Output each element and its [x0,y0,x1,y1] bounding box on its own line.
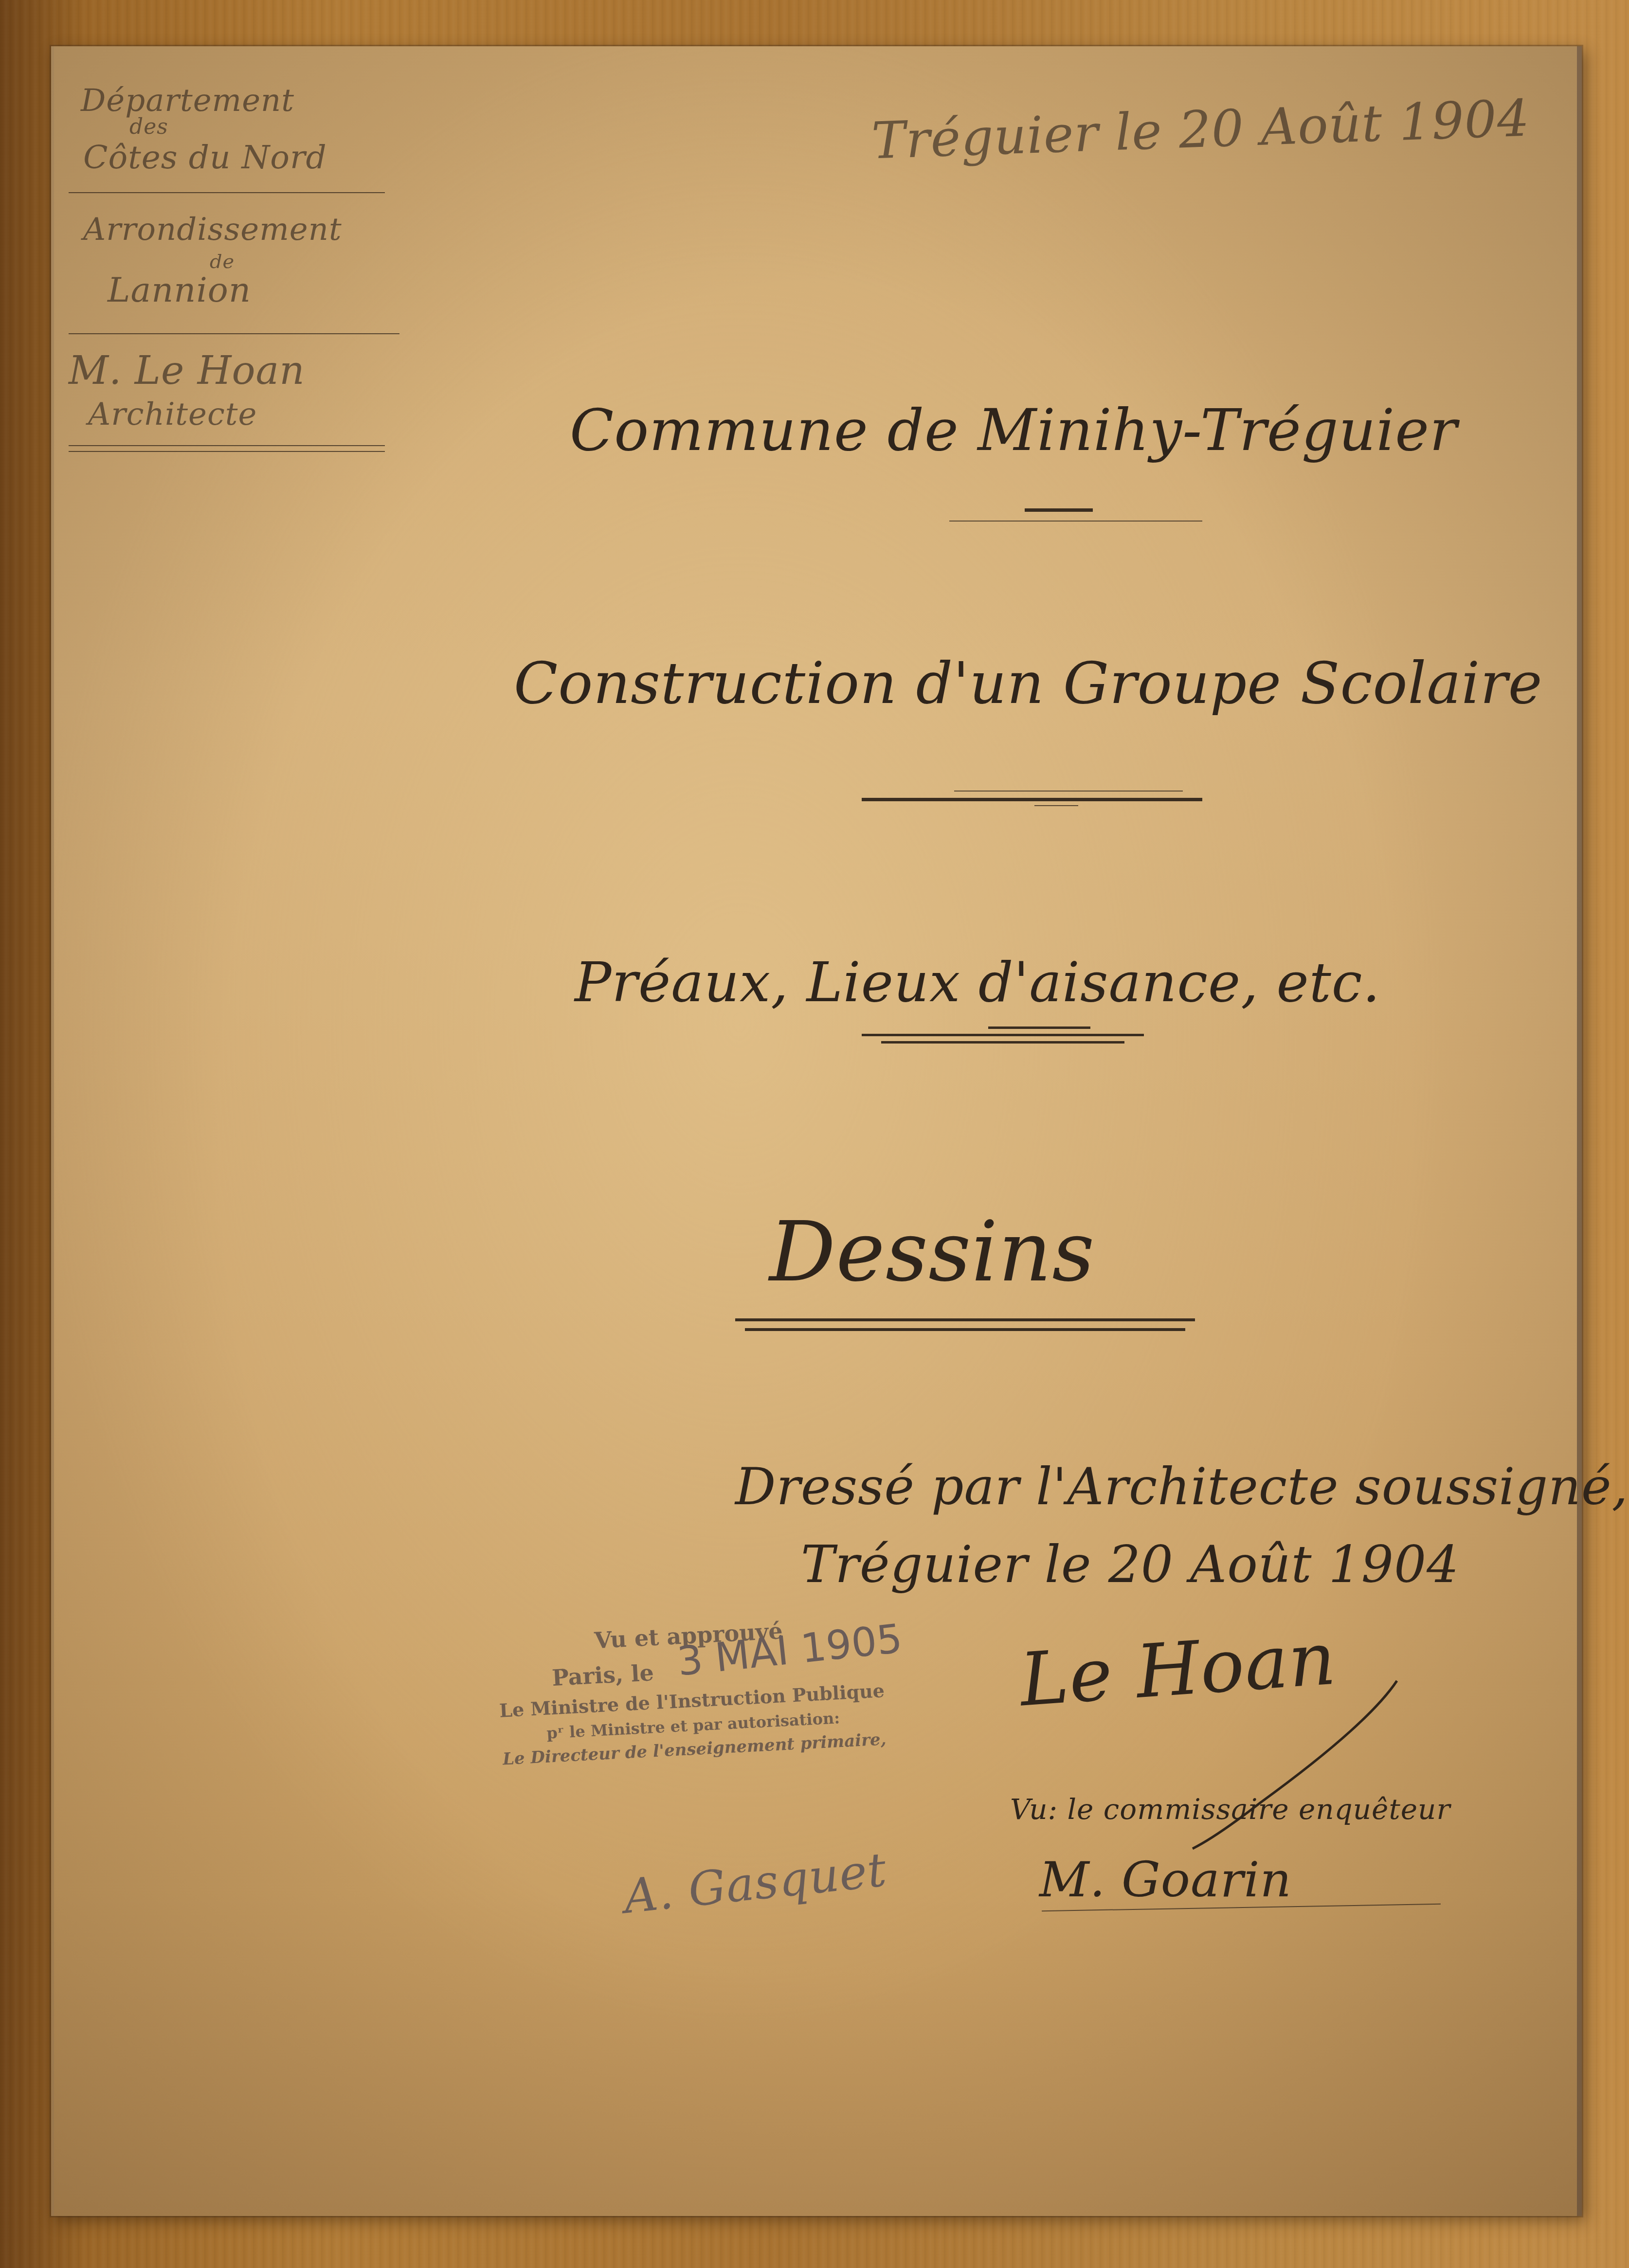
commune-title: Commune de Minihy-Tréguier [570,396,1457,464]
header-place-date: Tréguier le 20 Août 1904 [870,88,1531,170]
architect-name: M. Le Hoan [69,348,305,393]
departement-label: Département [81,83,294,119]
commune-ornament-long [949,521,1202,522]
subject-ornament-top [988,1026,1090,1029]
architect-title: Architecte [88,396,257,432]
divider-arrondissement [69,333,399,334]
attestation-line-2: Tréguier le 20 Août 1904 [801,1535,1459,1594]
divider-architect-1 [69,445,385,446]
divider-architect-2 [69,451,385,452]
project-title: Construction d'un Groupe Scolaire [514,649,1543,717]
document-page: Département des Côtes du Nord Arrondisse… [51,46,1582,2216]
arrondissement-label: Arrondissement [83,212,342,248]
attestation-line-1: Dressé par l'Architecte soussigné, [735,1457,1629,1516]
project-ornament-main [862,798,1202,801]
dessins-underline-2 [745,1328,1185,1331]
subject-ornament-middle [862,1034,1144,1036]
project-ornament-top [954,791,1183,792]
stamp-paris-le: Paris, le [551,1659,654,1691]
divider-departement [69,192,385,193]
project-ornament-bottom [1034,805,1078,806]
commune-ornament-short [1025,508,1093,512]
director-signature: A. Gasquet [621,1842,889,1924]
dessins-underline-1 [735,1318,1195,1321]
commissioner-signature: M. Goarin [1039,1851,1292,1908]
subject-ornament-bottom [881,1041,1124,1044]
document-kind-title: Dessins [769,1204,1095,1300]
subject-title: Préaux, Lieux d'aisance, etc. [575,951,1380,1014]
arrondissement-name: Lannion [108,270,251,310]
departement-name: Côtes du Nord [83,139,327,176]
departement-de: des [129,114,168,139]
commissioner-label: Vu: le commissaire enquêteur [1010,1793,1450,1826]
